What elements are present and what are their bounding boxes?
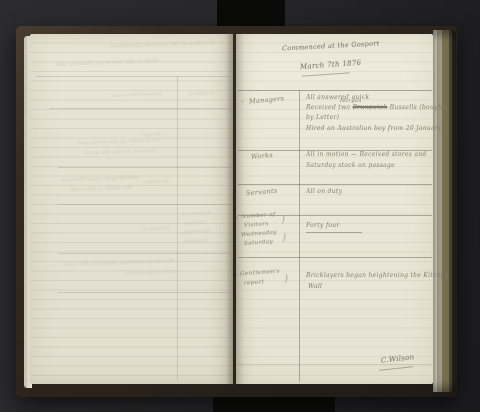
entry-line: All on duty [306,189,342,195]
row-label-works: Works [251,152,274,160]
entry-underline-flourish [306,232,362,233]
table-line [58,167,230,168]
label-brace: } [284,275,289,283]
table-row-line [238,257,432,258]
table-line [58,253,230,254]
entry-line: Hired an Australian boy from 20 January [306,126,442,132]
entry-line: Bricklayers began heightening the Kitche… [306,273,449,279]
table-top-line [238,90,432,91]
ruled-feint-lines [236,34,433,384]
bleed-through-text: Twenty six [140,226,170,232]
label-brace: } [281,216,286,224]
bleed-through-text: Servants [144,180,169,186]
entry-line-post: Russells (bought [390,104,446,111]
photo-of-open-ledger: Minutes of the Garden Committee held at … [0,0,480,412]
entry-line-pre: Received two [306,104,350,111]
table-line [36,76,230,77]
entry-line: Saturday stock on passage [306,163,395,169]
entry-line: Wall [308,284,322,290]
bleed-through-text: Saturday [184,240,209,246]
table-line [58,204,230,205]
entry-line: by Letter) [306,115,339,121]
right-page: Commenced at the Gosport March 7th 1876 … [236,34,433,384]
table-row-line [238,364,432,365]
table-row-line [238,184,432,185]
fore-edge-page-block [433,30,456,392]
entry-line: Forty four [306,223,340,229]
bleed-through-text: Number of [182,212,211,218]
bleed-through-text: members [188,92,214,98]
entry-line: All in motion — Received stores and [306,152,427,158]
bleed-through-text: Visitors [184,222,205,228]
table-line [50,108,230,109]
entry-line: Received two Brunswick Russells (bought [306,105,445,111]
table-line [177,76,178,380]
table-line [58,292,230,293]
gutter-shadow [226,33,244,385]
ruled-feint-lines [30,34,233,384]
left-page: Minutes of the Garden Committee held at … [30,34,233,384]
label-brace: } [282,234,287,242]
struck-word: Brunswick [353,104,388,111]
table-column-divider [299,90,300,382]
